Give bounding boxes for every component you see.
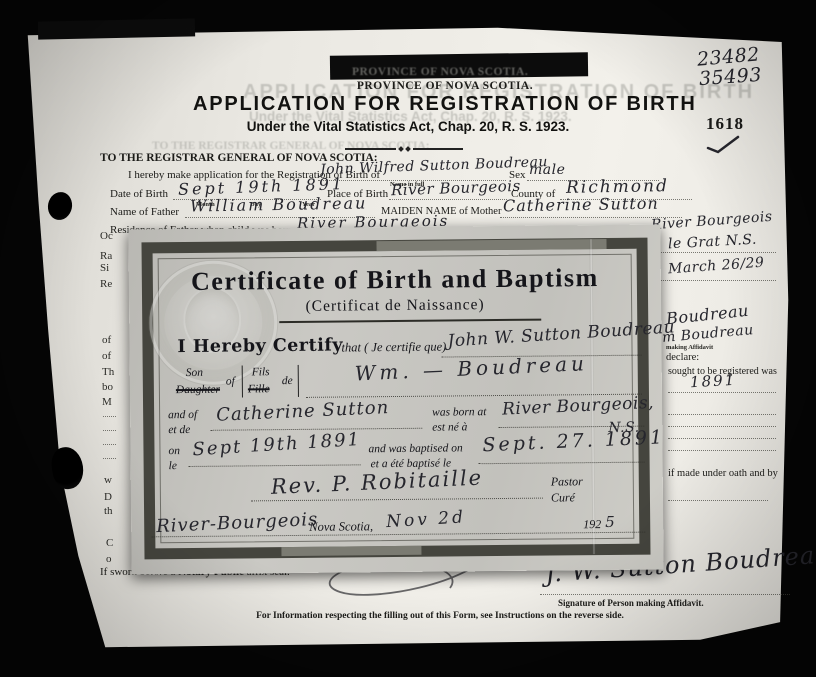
father-name-label: Name of Father [110, 206, 179, 218]
dotted-line [540, 594, 790, 595]
dotted-line [668, 426, 776, 427]
file-number-stamp: 1618 [706, 114, 744, 134]
and-of-label: and of [168, 409, 197, 421]
dotted-line [103, 458, 116, 459]
born-at-label: was born at [432, 406, 486, 419]
mother-name-handwriting: Catherine Sutton [503, 194, 659, 216]
dotted-line [668, 414, 776, 415]
fragment-left: Oc [100, 230, 113, 242]
fragment-left: w [104, 474, 112, 486]
et-de-label: et de [168, 424, 190, 436]
of-label: of [226, 376, 235, 388]
certify-mid: that ( Je certifie que) [341, 340, 446, 356]
fragment-left: D [104, 491, 112, 503]
scanned-birth-registration-document: PROVINCE OF NOVA SCOTIA. APPLICATION FOR… [0, 0, 816, 677]
form-title: APPLICATION FOR REGISTRATION OF BIRTH [193, 93, 623, 116]
dotted-line [650, 280, 776, 281]
dotted-line [668, 438, 776, 439]
handwritten-number-2: 35493 [698, 64, 762, 90]
dotted-line [103, 444, 116, 445]
fragment-left: Re [100, 278, 112, 290]
signature-caption: Signature of Person making Affidavit. [558, 598, 704, 608]
dotted-line [668, 392, 776, 393]
fragment-left: Th [102, 366, 114, 378]
fragment-oath: if made under oath and by [668, 468, 778, 479]
fragment-left: bo [102, 381, 113, 393]
dotted-line [103, 416, 116, 417]
dotted-line [668, 500, 768, 501]
fragment-left: Si [100, 262, 109, 274]
fragment-declare: declare: [666, 352, 699, 363]
fragment-affidavit-label: making Affidavit [666, 344, 713, 351]
form-subtitle: Under the Vital Statistics Act, Chap. 20… [193, 119, 623, 134]
son-label: Son [186, 367, 203, 379]
fragment-left: o [106, 553, 112, 565]
dotted-line [103, 430, 116, 431]
fragment-left: th [104, 505, 113, 517]
dotted-line [668, 450, 776, 451]
pastor-label: Pastor [551, 474, 583, 489]
under-page-edge-left [38, 18, 195, 39]
fragment-year-handwriting: 1891 [690, 371, 737, 391]
ne-a-label: est né à [432, 421, 467, 433]
province-line: PROVINCE OF NOVA SCOTIA. [300, 80, 590, 92]
dotted-line [650, 252, 776, 253]
nova-scotia-label: Nova Scotia, [309, 519, 373, 535]
ornament-divider [345, 147, 463, 151]
year-written-handwriting: 5 [605, 513, 615, 531]
form-footer: For Information respecting the filling o… [180, 611, 700, 621]
certificate-card: Certificate of Birth and Baptism (Certif… [128, 224, 663, 574]
baptised-on-label: and was baptised on [368, 442, 462, 455]
fragment-left: Ra [100, 250, 112, 262]
check-mark [704, 134, 740, 154]
fils-label: Fils [252, 366, 270, 378]
sex-value-handwriting: male [529, 162, 565, 178]
date-of-birth-label: Date of Birth [110, 188, 168, 200]
fragment-left: of [102, 334, 111, 346]
de-label: de [282, 375, 293, 387]
fragment-left: M [102, 396, 112, 408]
dotted-line [389, 199, 507, 200]
father-name-handwriting: William Boudreau [190, 193, 368, 215]
le-label: le [169, 460, 177, 472]
on-label: on [168, 445, 180, 457]
year-printed: 192 [583, 517, 601, 532]
frame-light-patch-bottom [281, 546, 421, 556]
cure-label: Curé [551, 490, 575, 505]
certify-heading: I Hereby Certify [177, 336, 343, 358]
fragment-left: of [102, 350, 111, 362]
fragment-left: C [106, 537, 113, 549]
certificate-title: Certificate of Birth and Baptism [129, 262, 661, 297]
ghost-province-line: PROVINCE OF NOVA SCOTIA. [352, 66, 528, 78]
fille-label-struck: Fille [248, 383, 270, 395]
daughter-label-struck: Daughter [176, 384, 220, 396]
